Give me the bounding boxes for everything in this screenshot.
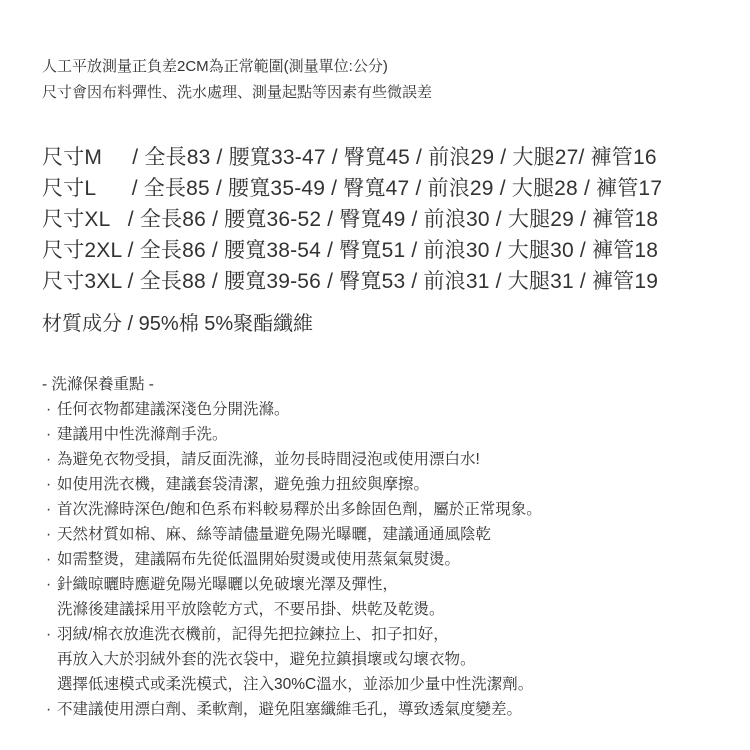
- material-composition: 材質成分 / 95%棉 5%聚酯纖維: [42, 310, 720, 339]
- care-item-hand-wash: · 建議用中性洗滌劑手洗。: [42, 422, 720, 447]
- bullet-icon: ·: [46, 497, 56, 522]
- care-line: 天然材質如棉、麻、絲等請儘量避免陽光曝曬，建議通通風陰乾: [57, 522, 720, 547]
- care-line: 任何衣物都建議深淺色分開洗滌。: [57, 397, 720, 422]
- size-row-l: 尺寸L / 全長85 / 腰寬35-49 / 臀寬47 / 前浪29 / 大腿2…: [42, 173, 720, 204]
- size-row-3xl: 尺寸3XL / 全長88 / 腰寬39-56 / 臀寬53 / 前浪31 / 大…: [42, 266, 720, 297]
- care-line: 如需整燙，建議隔布先從低溫開始熨燙或使用蒸氣氣熨燙。: [57, 547, 720, 572]
- care-item-natural-fiber-shade-dry: · 天然材質如棉、麻、絲等請儘量避免陽光曝曬，建議通通風陰乾: [42, 522, 720, 547]
- care-line: 為避免衣物受損，請反面洗滌，並勿長時間浸泡或使用漂白水!: [57, 447, 720, 472]
- care-line: 羽絨/棉衣放進洗衣機前，記得先把拉鍊拉上、扣子扣好，: [57, 622, 720, 647]
- care-line: 如使用洗衣機，建議套袋清潔，避免強力扭絞與摩擦。: [57, 472, 720, 497]
- bullet-icon: ·: [46, 547, 56, 572]
- product-description-page: 人工平放測量正負差2CM為正常範圍(測量單位:公分) 尺寸會因布料彈性、洗水處理…: [0, 0, 750, 750]
- care-line: 針織晾曬時應避免陽光曝曬以免破壞光澤及彈性，: [57, 572, 720, 597]
- size-row-m: 尺寸M / 全長83 / 腰寬33-47 / 臀寬45 / 前浪29 / 大腿2…: [42, 142, 720, 173]
- size-row-xl: 尺寸XL / 全長86 / 腰寬36-52 / 臀寬49 / 前浪30 / 大腿…: [42, 204, 720, 235]
- care-line: 首次洗滌時深色/飽和色系布料較易釋於出多餘固色劑，屬於正常現象。: [57, 497, 720, 522]
- care-item-knitwear-drying: · 針織晾曬時應避免陽光曝曬以免破壞光澤及彈性， 洗滌後建議採用平放陰乾方式，不…: [42, 572, 720, 622]
- care-section-title: - 洗滌保養重點 -: [42, 372, 720, 397]
- bullet-icon: ·: [46, 422, 56, 447]
- bullet-icon: ·: [46, 697, 56, 722]
- size-row-2xl: 尺寸2XL / 全長86 / 腰寬38-54 / 臀寬51 / 前浪30 / 大…: [42, 235, 720, 266]
- measurement-notes: 人工平放測量正負差2CM為正常範圍(測量單位:公分) 尺寸會因布料彈性、洗水處理…: [42, 54, 720, 106]
- care-line: 建議用中性洗滌劑手洗。: [57, 422, 720, 447]
- care-item-down-jacket-washing: · 羽絨/棉衣放進洗衣機前，記得先把拉鍊拉上、扣子扣好， 再放入大於羽絨外套的洗…: [42, 622, 720, 697]
- care-line: 洗滌後建議採用平放陰乾方式，不要吊掛、烘乾及乾燙。: [57, 597, 720, 622]
- bullet-icon: ·: [46, 472, 56, 497]
- measurement-tolerance-note: 人工平放測量正負差2CM為正常範圍(測量單位:公分): [42, 54, 720, 80]
- care-item-machine-wash-bag: · 如使用洗衣機，建議套袋清潔，避免強力扭絞與摩擦。: [42, 472, 720, 497]
- care-line: 再放入大於羽絨外套的洗衣袋中，避免拉鎮損壞或勾壞衣物。: [57, 647, 720, 672]
- bullet-icon: ·: [46, 622, 56, 647]
- care-item-first-wash-color: · 首次洗滌時深色/飽和色系布料較易釋於出多餘固色劑，屬於正常現象。: [42, 497, 720, 522]
- care-instructions: - 洗滌保養重點 - · 任何衣物都建議深淺色分開洗滌。 · 建議用中性洗滌劑手…: [42, 372, 720, 722]
- size-chart: 尺寸M / 全長83 / 腰寬33-47 / 臀寬45 / 前浪29 / 大腿2…: [42, 142, 720, 297]
- bullet-icon: ·: [46, 397, 56, 422]
- care-item-inside-out-wash: · 為避免衣物受損，請反面洗滌，並勿長時間浸泡或使用漂白水!: [42, 447, 720, 472]
- care-item-no-bleach-softener: · 不建議使用漂白劑、柔軟劑，避免阻塞纖維毛孔，導致透氣度變差。: [42, 697, 720, 722]
- measurement-variance-note: 尺寸會因布料彈性、洗水處理、測量起點等因素有些微誤差: [42, 80, 720, 106]
- bullet-icon: ·: [46, 522, 56, 547]
- care-item-ironing: · 如需整燙，建議隔布先從低溫開始熨燙或使用蒸氣氣熨燙。: [42, 547, 720, 572]
- bullet-icon: ·: [46, 572, 56, 597]
- care-line: 不建議使用漂白劑、柔軟劑，避免阻塞纖維毛孔，導致透氣度變差。: [57, 697, 720, 722]
- bullet-icon: ·: [46, 447, 56, 472]
- care-line: 選擇低速模式或柔洗模式，注入30%C溫水，並添加少量中性洗潔劑。: [57, 672, 720, 697]
- care-item-separate-colors: · 任何衣物都建議深淺色分開洗滌。: [42, 397, 720, 422]
